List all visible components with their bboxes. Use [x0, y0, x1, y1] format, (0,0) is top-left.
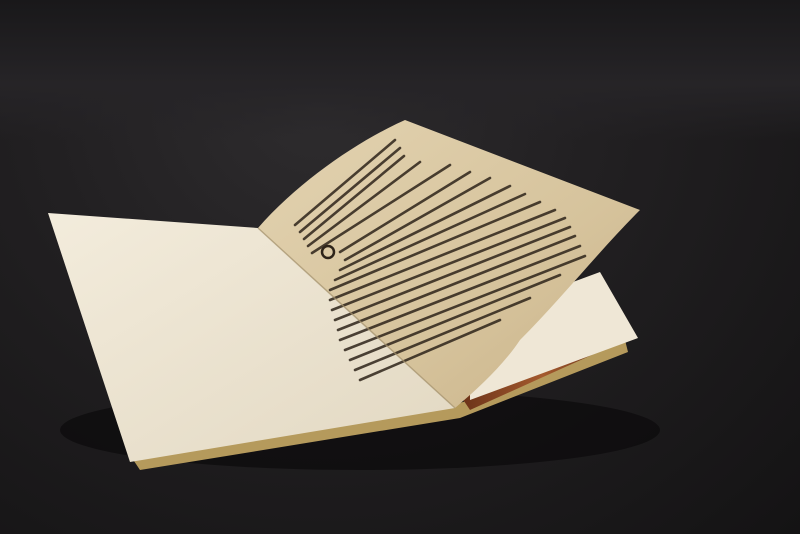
- book-illustration: [0, 0, 800, 534]
